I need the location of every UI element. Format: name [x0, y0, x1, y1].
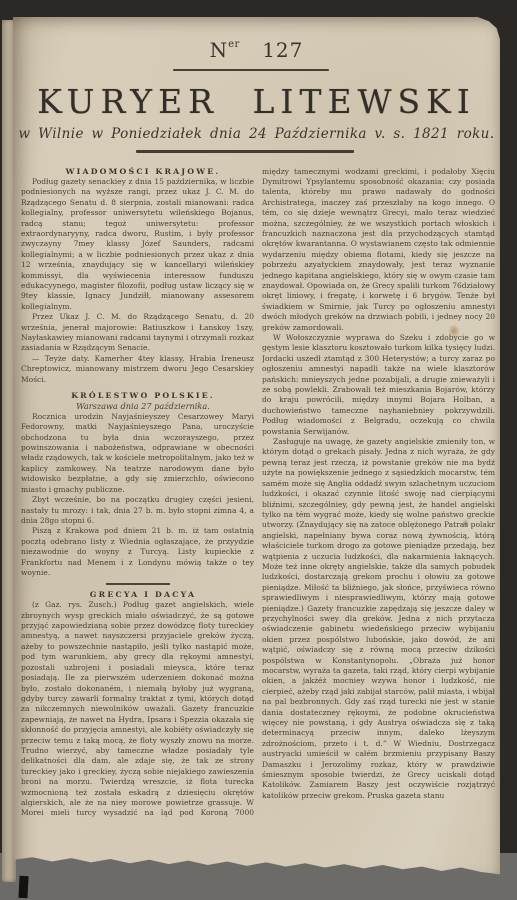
- article-paragraph: Piszą z Krakowa pod dniem 21 b. m. iż ta…: [21, 526, 254, 578]
- warsaw-dateline: Warszawa dnia 27 października.: [21, 401, 254, 411]
- left-column: WIADOMOŚCI KRAJOWE. Podług gazety senack…: [21, 167, 254, 819]
- masthead-rule: [173, 69, 329, 71]
- paper-stain: [448, 324, 460, 338]
- article-paragraph: Zbyt wcześnie, bo na początku drugiey cz…: [21, 495, 254, 526]
- section-divider-rule: [106, 583, 170, 585]
- issue-number-value: 127: [262, 38, 303, 62]
- section-heading-krolestwo-polskie: KRÓLESTWO POLSKIE.: [21, 391, 254, 401]
- article-paragraph: Przez Ukaz J. C. M. do Rządzącego Senatu…: [21, 312, 254, 354]
- article-paragraph: Podług gazety senackiey z dnia 15 paździ…: [21, 177, 254, 312]
- newspaper-page: Ner 127 KURYER LITEWSKI w Wilnie w Ponie…: [13, 17, 500, 877]
- article-columns: WIADOMOŚCI KRAJOWE. Podług gazety senack…: [13, 153, 500, 819]
- scanned-page-backdrop: Ner 127 KURYER LITEWSKI w Wilnie w Ponie…: [0, 0, 517, 900]
- article-paragraph: (z Gaz. rys. Zusch.) Podług gazet angiel…: [21, 600, 254, 818]
- article-paragraph: między tamecznymi wodzami greckimi, i po…: [262, 167, 495, 334]
- issue-number: Ner 127: [13, 38, 500, 62]
- article-paragraph: Zasługuje na uwagę, że gazety angielskie…: [262, 437, 495, 801]
- article-paragraph: Rocznica urodzin Nayjaśnieyszey Cesarzow…: [21, 412, 254, 495]
- paper-stain: [462, 519, 469, 528]
- publication-dateline: w Wilnie w Poniedziałek dnia 24 Paździer…: [13, 126, 500, 142]
- section-heading-wiadomosci-krajowe: WIADOMOŚCI KRAJOWE.: [21, 167, 254, 177]
- masthead: Ner 127 KURYER LITEWSKI w Wilnie w Ponie…: [13, 17, 500, 153]
- right-column: między tamecznymi wodzami greckimi, i po…: [262, 167, 495, 819]
- article-paragraph: W Wołoszczyznie wyprawa do Szeku i zdoby…: [262, 333, 495, 437]
- issue-superscript: er: [228, 39, 240, 50]
- section-heading-grecya-i-dacya: GRECYA I DACYA: [21, 590, 254, 600]
- article-paragraph: — Teyże daty. Kamerher 4tey klassy, Hrab…: [21, 354, 254, 385]
- issue-prefix: N: [210, 38, 229, 62]
- newspaper-title: KURYER LITEWSKI: [13, 82, 500, 121]
- header-rule: [136, 150, 354, 153]
- tear-mark: [18, 876, 28, 898]
